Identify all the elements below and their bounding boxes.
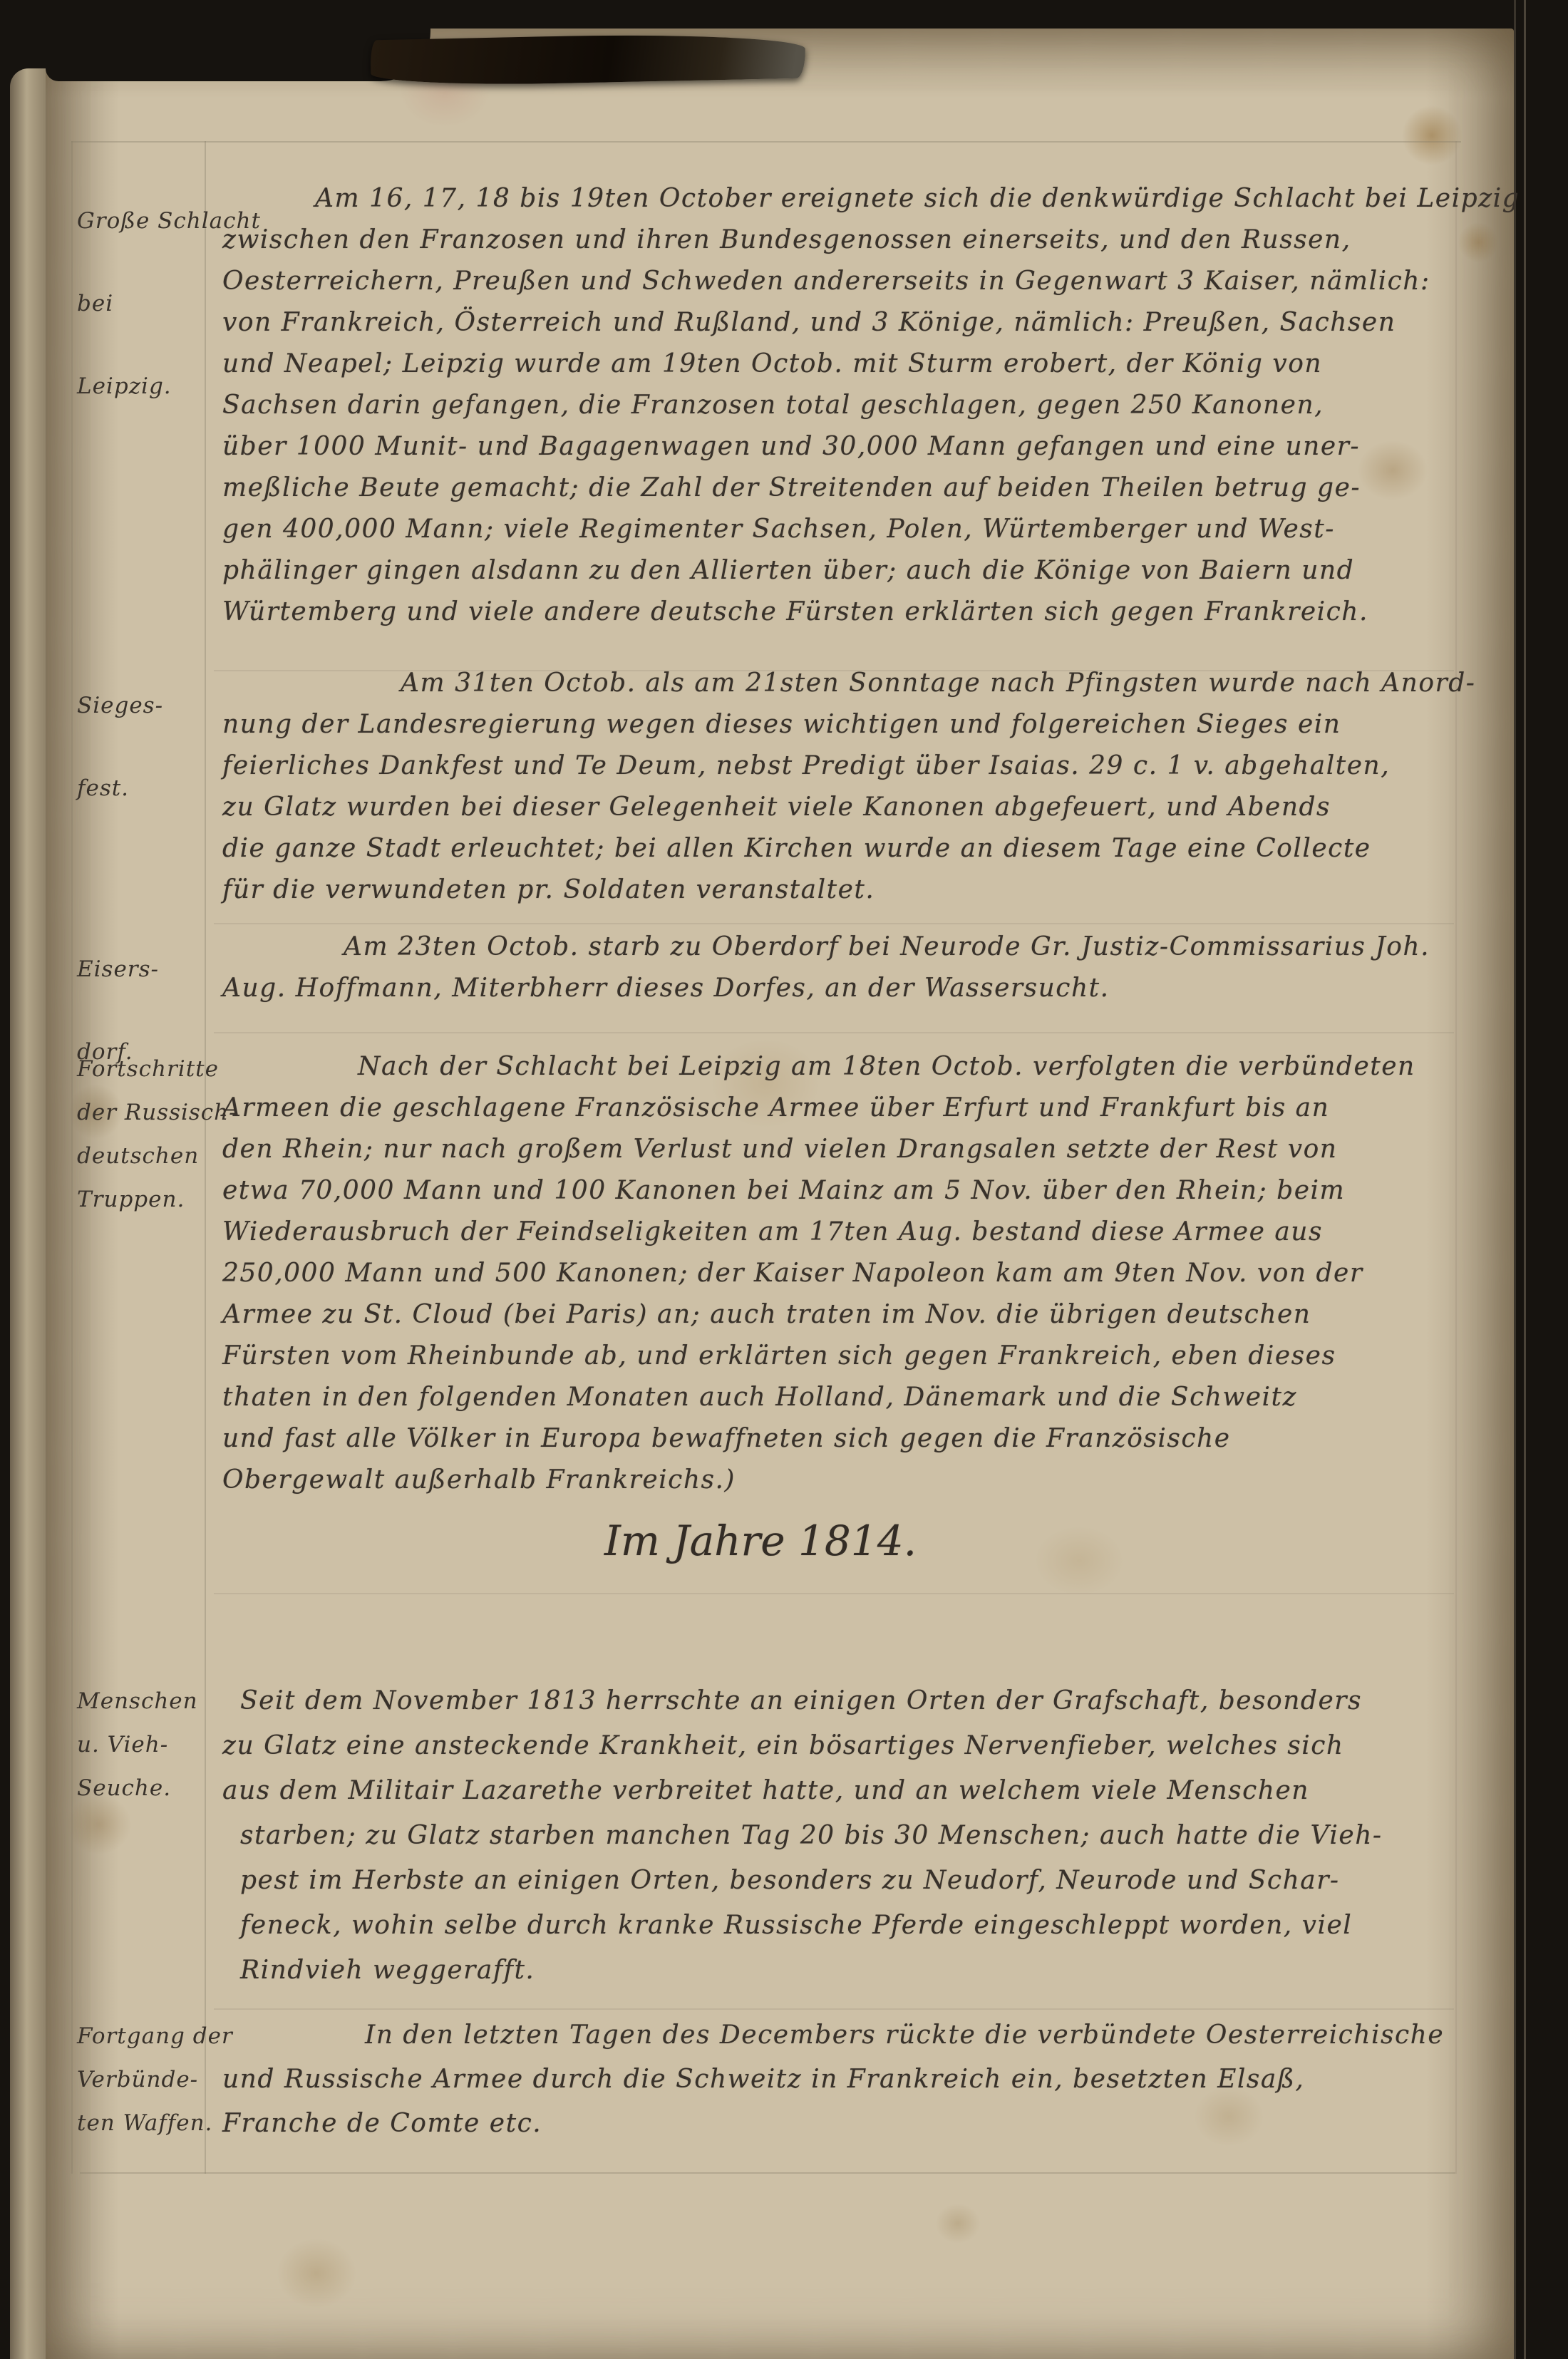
margin-note-line: fest.	[77, 747, 214, 830]
manuscript-line: von Frankreich, Österreich und Rußland, …	[222, 302, 1455, 344]
margin-note-line: Verbünde-	[77, 2058, 214, 2102]
manuscript-line: Seit dem November 1813 herrschte an eini…	[222, 1678, 1455, 1723]
manuscript-line: feneck, wohin selbe durch kranke Russisc…	[222, 1903, 1455, 1948]
manuscript-line: aus dem Militair Lazarethe verbreitet ha…	[222, 1768, 1455, 1813]
entry-body: Am 23ten Octob. starb zu Oberdorf bei Ne…	[222, 926, 1455, 1009]
entry-body: Seit dem November 1813 herrschte an eini…	[222, 1678, 1455, 1993]
pencil-rule-right	[1455, 141, 1457, 2174]
manuscript-line: über 1000 Munit- und Bagagenwagen und 30…	[222, 426, 1455, 468]
manuscript-line: phälinger gingen alsdann zu den Allierte…	[222, 550, 1455, 592]
manuscript-line: Armeen die geschlagene Französische Arme…	[222, 1088, 1455, 1129]
manuscript-line: Am 23ten Octob. starb zu Oberdorf bei Ne…	[222, 926, 1455, 968]
pencil-rule-bottom	[80, 2172, 1455, 2174]
entry-body: In den letzten Tagen des Decembers rückt…	[222, 2013, 1455, 2146]
pencil-rule-row-3	[214, 1032, 1454, 1033]
manuscript-photo: Große Schlacht bei Leipzig. Am 16, 17, 1…	[0, 0, 1568, 2359]
manuscript-line: Oesterreichern, Preußen und Schweden and…	[222, 261, 1455, 302]
margin-note: Große Schlacht bei Leipzig.	[77, 180, 214, 428]
manuscript-line: Wiederausbruch der Feindseligkeiten am 1…	[222, 1212, 1455, 1253]
manuscript-line: Franche de Comte etc.	[222, 2102, 1455, 2146]
margin-note: Fortgang der Verbünde- ten Waffen.	[77, 2015, 214, 2145]
manuscript-line: nung der Landesregierung wegen dieses wi…	[222, 704, 1455, 745]
manuscript-line: thaten in den folgenden Monaten auch Hol…	[222, 1377, 1455, 1418]
margin-note-line: Leipzig.	[77, 345, 214, 428]
manuscript-line: zu Glatz eine ansteckende Krankheit, ein…	[222, 1723, 1455, 1768]
manuscript-line: etwa 70,000 Mann und 100 Kanonen bei Mai…	[222, 1170, 1455, 1212]
manuscript-line: Obergewalt außerhalb Frankreichs.)	[222, 1460, 1455, 1501]
manuscript-line: den Rhein; nur nach großem Verlust und v…	[222, 1129, 1455, 1170]
manuscript-line: pest im Herbste an einigen Orten, besond…	[222, 1858, 1455, 1903]
margin-note-line: u. Vieh-	[77, 1723, 214, 1767]
previous-page-edge	[10, 68, 47, 2359]
margin-note-line: der Russisch-	[77, 1091, 214, 1135]
manuscript-line: Aug. Hoffmann, Miterbherr dieses Dorfes,…	[222, 968, 1455, 1009]
manuscript-line: für die verwundeten pr. Soldaten veranst…	[222, 869, 1455, 911]
manuscript-line: 250,000 Mann und 500 Kanonen; der Kaiser…	[222, 1253, 1455, 1294]
manuscript-line: Sachsen darin gefangen, die Franzosen to…	[222, 385, 1455, 426]
pencil-rule-left	[71, 141, 73, 2174]
margin-note-line: bei	[77, 262, 214, 345]
margin-note-line: Truppen.	[77, 1178, 214, 1222]
manuscript-line: Fürsten vom Rheinbunde ab, und erklärten…	[222, 1336, 1455, 1377]
margin-note-line: Fortschritte	[77, 1048, 214, 1091]
margin-note-line: deutschen	[77, 1135, 214, 1178]
manuscript-line: gen 400,000 Mann; viele Regimenter Sachs…	[222, 509, 1455, 550]
margin-note-line: Seuche.	[77, 1767, 214, 1810]
margin-note-line: ten Waffen.	[77, 2102, 214, 2145]
manuscript-line: Würtemberg und viele andere deutsche Für…	[222, 592, 1455, 633]
pencil-rule-row-4	[214, 1593, 1454, 1594]
manuscript-line: und Neapel; Leipzig wurde am 19ten Octob…	[222, 344, 1455, 385]
manuscript-line: zu Glatz wurden bei dieser Gelegenheit v…	[222, 787, 1455, 828]
margin-note: Menschen u. Vieh- Seuche.	[77, 1680, 214, 1810]
entry-body: Am 31ten Octob. als am 21sten Sonntage n…	[222, 663, 1455, 911]
manuscript-line: In den letzten Tagen des Decembers rückt…	[222, 2013, 1455, 2058]
margin-note-line: Fortgang der	[77, 2015, 214, 2058]
margin-note-line: Menschen	[77, 1680, 214, 1723]
margin-note: Fortschritte der Russisch- deutschen Tru…	[77, 1048, 214, 1222]
margin-note-line: Große Schlacht	[77, 180, 214, 262]
entry-body: Nach der Schlacht bei Leipzig am 18ten O…	[222, 1046, 1455, 1501]
manuscript-line: Nach der Schlacht bei Leipzig am 18ten O…	[222, 1046, 1455, 1088]
manuscript-line: die ganze Stadt erleuchtet; bei allen Ki…	[222, 828, 1455, 869]
manuscript-line: meßliche Beute gemacht; die Zahl der Str…	[222, 468, 1455, 509]
manuscript-line: Am 16, 17, 18 bis 19ten October ereignet…	[222, 178, 1455, 220]
manuscript-line: Armee zu St. Cloud (bei Paris) an; auch …	[222, 1294, 1455, 1336]
manuscript-line: Am 31ten Octob. als am 21sten Sonntage n…	[222, 663, 1455, 704]
page-stack-edge	[1514, 0, 1568, 2359]
manuscript-line: starben; zu Glatz starben manchen Tag 20…	[222, 1813, 1455, 1858]
manuscript-line: Rindvieh weggerafft.	[222, 1948, 1455, 1993]
manuscript-line: und Russische Armee durch die Schweitz i…	[222, 2058, 1455, 2102]
margin-note-line: Eisers-	[77, 928, 214, 1011]
margin-note: Sieges- fest.	[77, 664, 214, 830]
pencil-rule-row-2	[214, 923, 1454, 924]
entry-body: Am 16, 17, 18 bis 19ten October ereignet…	[222, 178, 1455, 633]
pencil-rule-top	[71, 141, 1461, 143]
manuscript-line: feierliches Dankfest und Te Deum, nebst …	[222, 745, 1455, 787]
pencil-rule-row-5	[214, 2008, 1454, 2010]
year-heading-1814: Im Jahre 1814.	[222, 1517, 1455, 1565]
binding-leather-fragment	[370, 31, 805, 88]
margin-note-line: Sieges-	[77, 664, 214, 747]
manuscript-line: und fast alle Völker in Europa bewaffnet…	[222, 1418, 1455, 1460]
manuscript-line: zwischen den Franzosen und ihren Bundesg…	[222, 220, 1455, 261]
